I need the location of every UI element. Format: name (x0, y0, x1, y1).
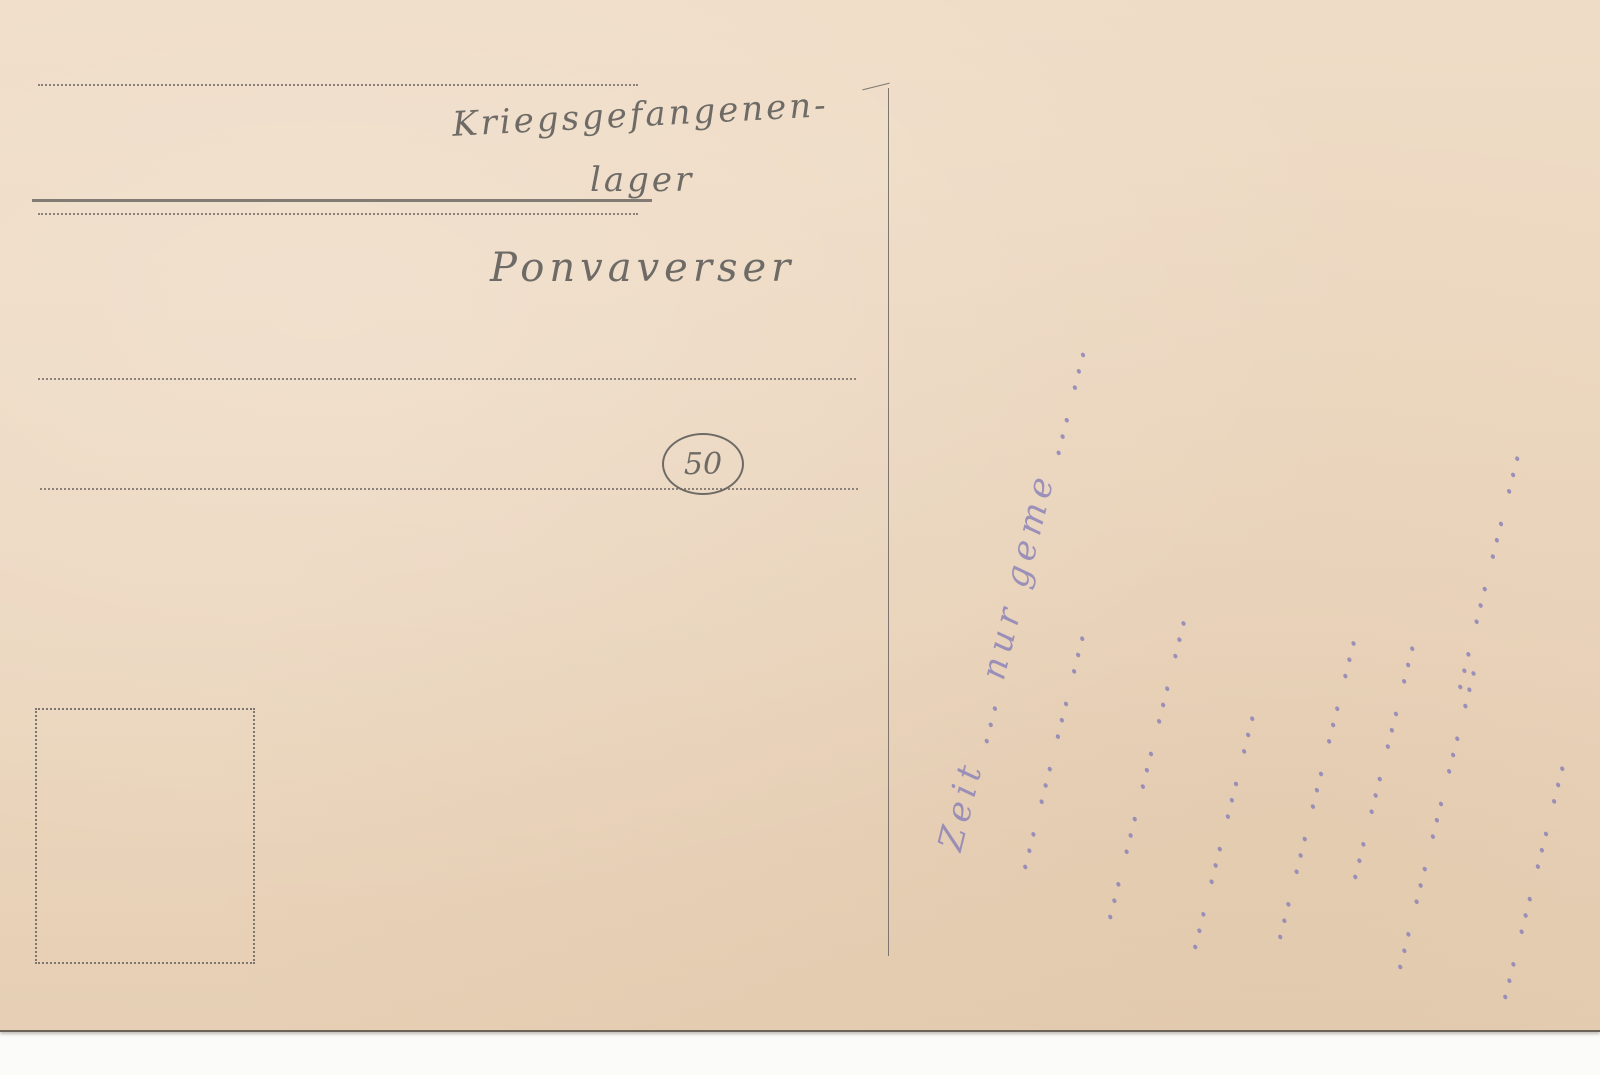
address-rule-3 (38, 378, 856, 380)
message-line: ... ... ... ... (1166, 701, 1266, 955)
address-rule-solid (32, 199, 652, 202)
message-line: ... ... ... ... (1476, 751, 1576, 1005)
postcard-back: Kriegsgefangenen- lager Ponvaverser 50 Z… (0, 0, 1600, 1032)
circled-number: 50 (662, 433, 744, 495)
message-line: Zeit ... nur geme ... ... (931, 337, 1097, 855)
handwritten-message: Zeit ... nur geme ... ... ... ... ... ..… (905, 30, 1585, 1010)
address-line-3: Ponvaverser (490, 245, 795, 291)
stamp-box (35, 708, 255, 964)
message-line: ... ... ... ... (1431, 441, 1531, 695)
address-rule-2 (38, 213, 638, 215)
divider-hook (862, 83, 889, 91)
center-divider (888, 88, 889, 956)
address-line-1: Kriegsgefangenen- (451, 85, 829, 145)
address-rule-1 (38, 84, 638, 86)
address-rule-4 (40, 488, 858, 490)
address-line-2: lager (590, 160, 694, 200)
circled-number-text: 50 (684, 447, 722, 482)
message-line: ... ... ... ... ... (1081, 605, 1197, 925)
